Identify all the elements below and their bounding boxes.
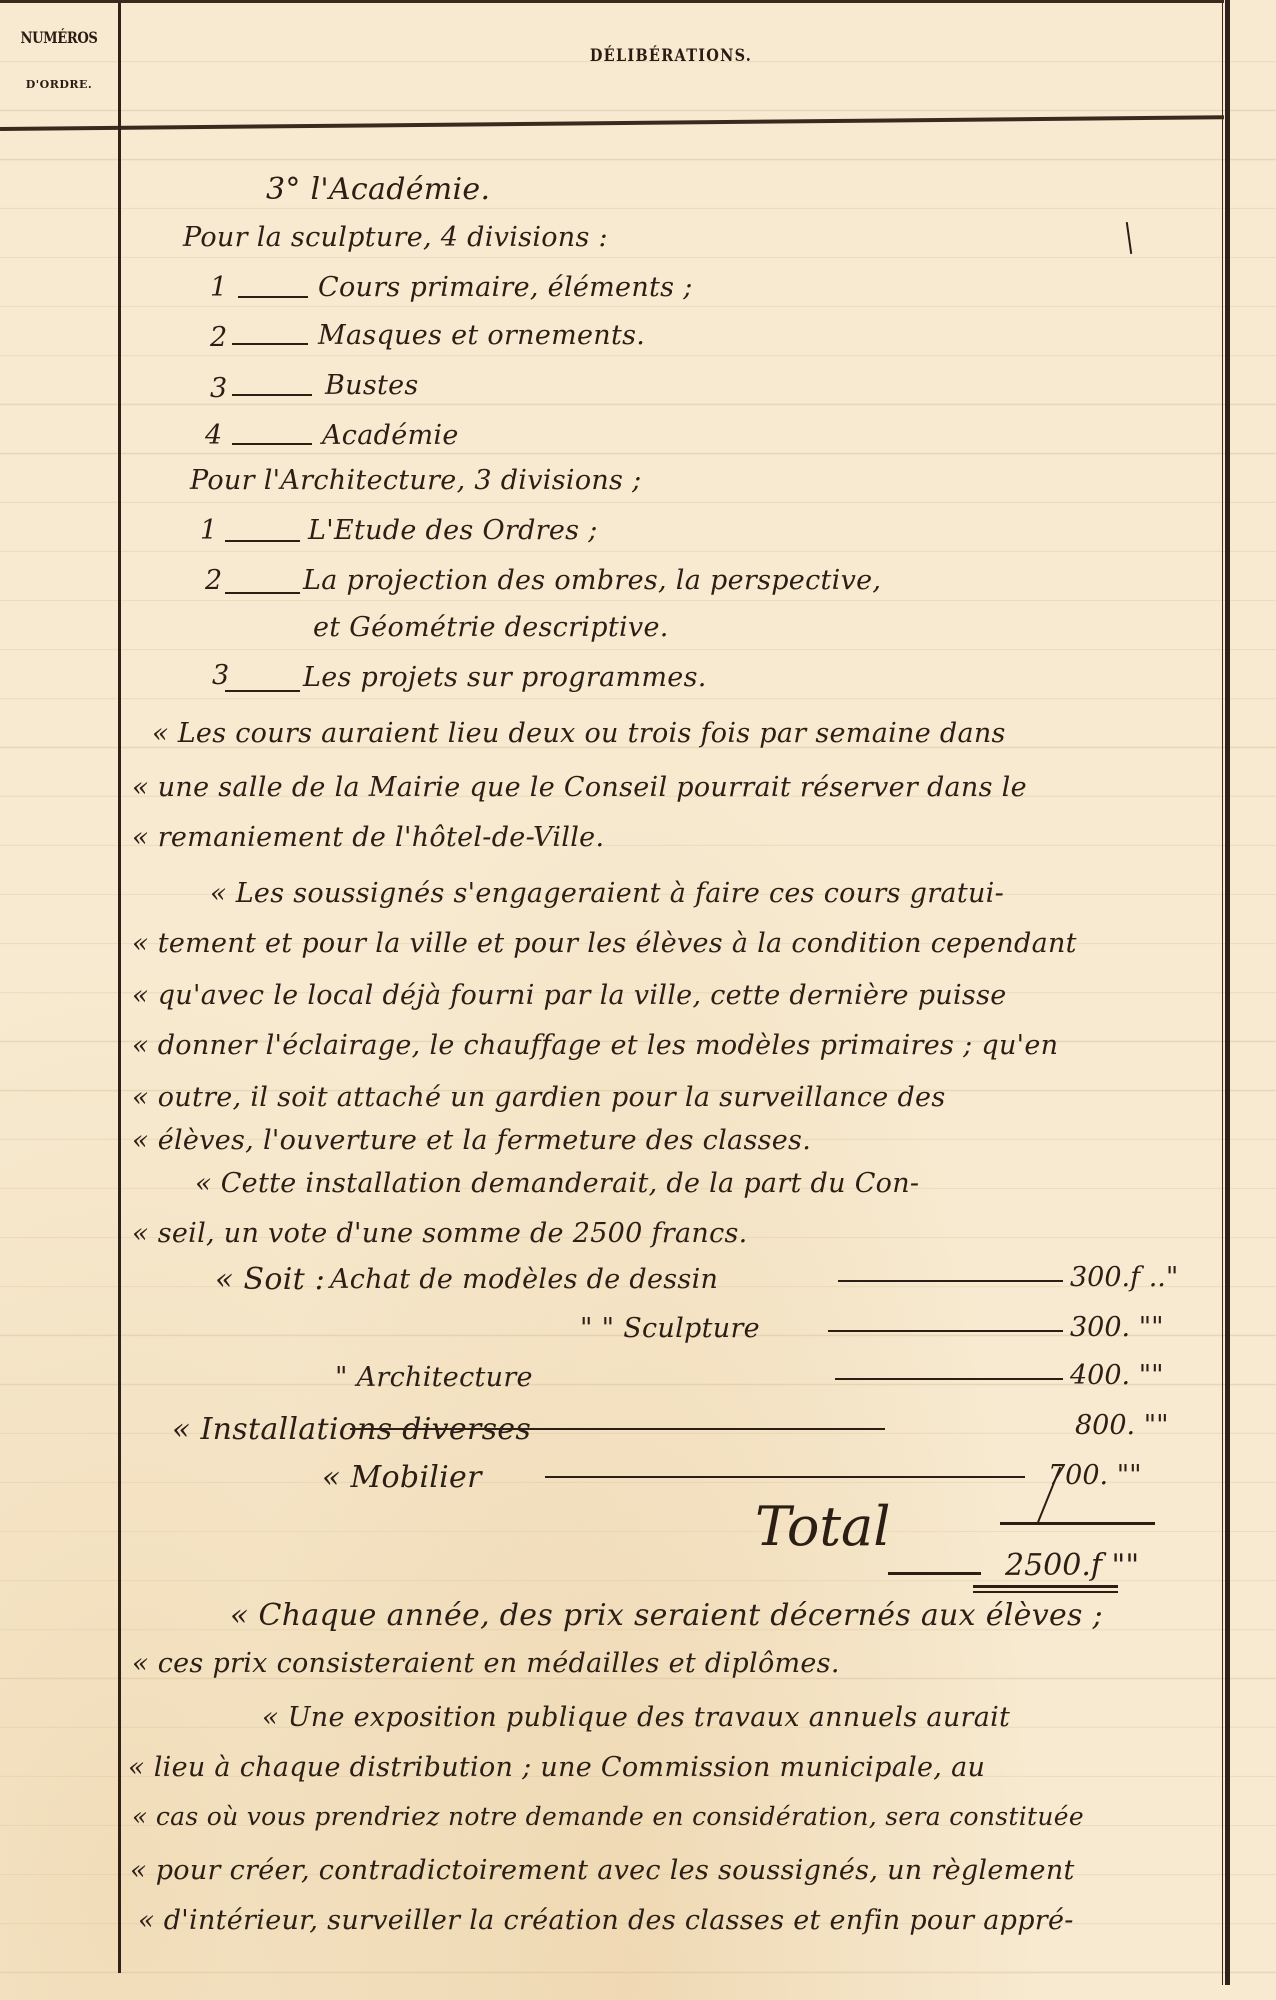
item-dash [238, 296, 308, 298]
budget-row-label: Achat de modèles de dessin [330, 1264, 718, 1295]
budget-row-leader [545, 1476, 1025, 1478]
budget-row-leader [838, 1280, 1063, 1282]
budget-row-amount: 300.f .." [1070, 1262, 1178, 1293]
architecture-item-text: Les projets sur programmes. [303, 662, 707, 693]
budget-row-label: « Mobilier [322, 1460, 482, 1495]
total-double-underline-2 [973, 1591, 1118, 1593]
budget-row-amount: 400. "" [1070, 1360, 1164, 1391]
total-label: Total [755, 1495, 891, 1558]
architecture-item-text: La projection des ombres, la perspective… [303, 565, 881, 596]
paragraph-line: « seil, un vote d'une somme de 2500 fran… [132, 1218, 748, 1249]
total-leader [888, 1572, 981, 1575]
column-header-ordre: D'ORDRE. [0, 78, 118, 91]
column-header-numeros: NUMÉROS [11, 28, 108, 47]
sculpture-item-number: 1 [210, 272, 227, 303]
paragraph-line: « Les soussignés s'engageraient à faire … [210, 878, 1004, 909]
paragraph-line: « outre, il soit attaché un gardien pour… [132, 1082, 945, 1113]
architecture-item-number: 2 [205, 565, 222, 596]
sculpture-item-text: Académie [322, 420, 459, 451]
register-page: NUMÉROS D'ORDRE. DÉLIBÉRATIONS. 3° l'Aca… [0, 0, 1276, 2000]
budget-row-amount: 800. "" [1075, 1410, 1169, 1441]
section-title: 3° l'Académie. [266, 172, 490, 207]
architecture-intro: Pour l'Architecture, 3 divisions ; [190, 465, 642, 496]
total-amount: 2500.f "" [1005, 1548, 1139, 1583]
item-dash [232, 343, 308, 345]
item-dash [225, 540, 300, 542]
paragraph-line: « qu'avec le local déjà fourni par la vi… [132, 980, 1007, 1011]
sculpture-intro: Pour la sculpture, 4 divisions : [183, 222, 608, 253]
paragraph-line: « lieu à chaque distribution ; une Commi… [128, 1752, 985, 1783]
sculpture-item-text: Cours primaire, éléments ; [318, 272, 693, 303]
sculpture-item-number: 4 [205, 420, 222, 451]
sculpture-item-text: Masques et ornements. [318, 320, 645, 351]
architecture-item-number: 1 [200, 515, 217, 546]
budget-row-amount: 700. "" [1048, 1460, 1142, 1491]
column-header-deliberations: DÉLIBÉRATIONS. [204, 46, 1139, 66]
paragraph-line: « tement et pour la ville et pour les él… [132, 928, 1077, 959]
architecture-item-number: 3 [212, 660, 229, 691]
paragraph-line: « Cette installation demanderait, de la … [195, 1168, 919, 1199]
budget-row-label: " " Sculpture [580, 1313, 760, 1344]
column-divider [118, 3, 121, 1973]
paragraph-line: « Chaque année, des prix seraient décern… [230, 1598, 1103, 1633]
sculpture-item-number: 2 [210, 322, 227, 353]
item-dash [232, 394, 312, 396]
right-border-thick-rule [1225, 0, 1230, 1985]
budget-lead: « Soit : [215, 1262, 325, 1297]
item-dash [225, 690, 300, 692]
top-border-rule [0, 0, 1224, 3]
budget-row-label: " Architecture [335, 1362, 533, 1393]
budget-row-amount: 300. "" [1070, 1312, 1164, 1343]
paragraph-line: « cas où vous prendriez notre demande en… [132, 1802, 1084, 1831]
sculpture-item-text: Bustes [325, 370, 419, 401]
sum-rule [1000, 1522, 1155, 1525]
sculpture-item-number: 3 [210, 373, 227, 404]
budget-row-leader [835, 1378, 1063, 1380]
paragraph-line: « pour créer, contradictoirement avec le… [130, 1855, 1075, 1886]
paragraph-line: « d'intérieur, surveiller la création de… [138, 1905, 1074, 1936]
right-border-thin-rule [1222, 0, 1223, 1985]
total-double-underline-1 [973, 1585, 1118, 1588]
paragraph-line: « remaniement de l'hôtel-de-Ville. [132, 822, 604, 853]
item-dash [232, 443, 312, 445]
architecture-item-text: L'Etude des Ordres ; [308, 515, 598, 546]
budget-row-leader [350, 1428, 885, 1430]
paragraph-line: « Une exposition publique des travaux an… [262, 1702, 1010, 1733]
architecture-item-continuation: et Géométrie descriptive. [313, 612, 669, 643]
budget-row-leader [828, 1330, 1063, 1332]
paragraph-line: « Les cours auraient lieu deux ou trois … [152, 718, 1006, 749]
paragraph-line: « ces prix consisteraient en médailles e… [132, 1648, 840, 1679]
item-dash [225, 592, 300, 594]
paragraph-line: « donner l'éclairage, le chauffage et le… [132, 1030, 1058, 1061]
paragraph-line: « une salle de la Mairie que le Conseil … [132, 772, 1027, 803]
stray-pen-mark [1126, 222, 1132, 254]
paragraph-line: « élèves, l'ouverture et la fermeture de… [132, 1125, 811, 1156]
header-bottom-rule [0, 115, 1224, 131]
